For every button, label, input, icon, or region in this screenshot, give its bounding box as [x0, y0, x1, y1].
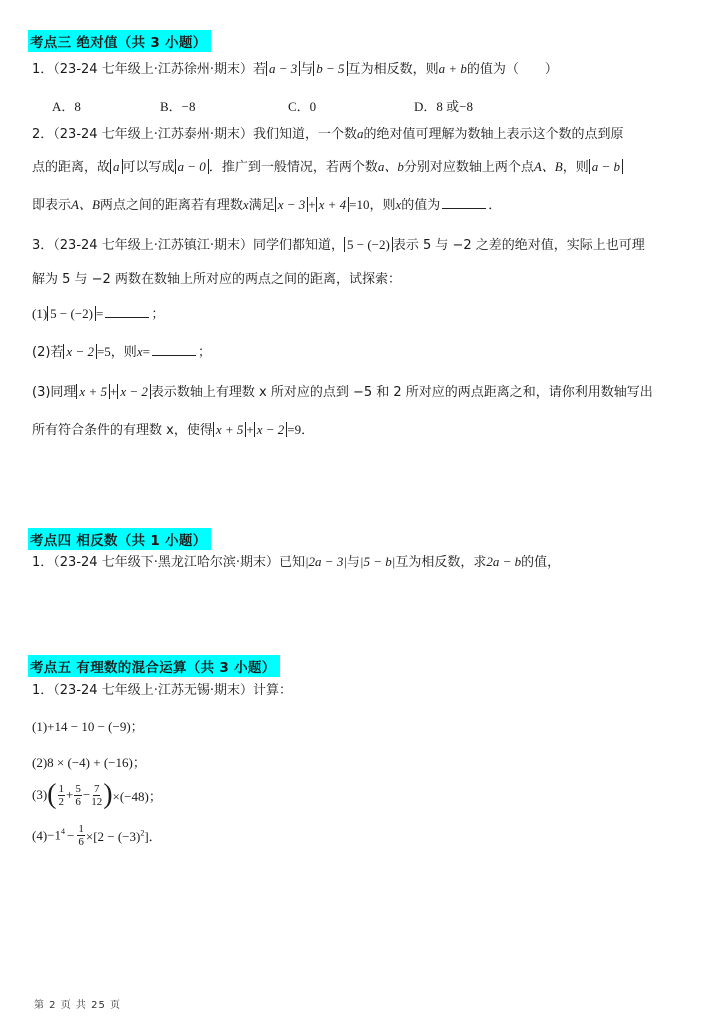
numerator: 5 [74, 783, 82, 796]
question-text: 满足 [249, 198, 275, 213]
fraction: 16 [77, 823, 85, 848]
math-term: −1 [47, 828, 61, 843]
math-expression: a − 3 [266, 61, 300, 76]
fraction: 12 [58, 783, 66, 808]
denominator: 6 [78, 836, 84, 848]
question-number: 1． [32, 683, 53, 698]
math-expression: ×(−48)； [113, 786, 162, 805]
math-term: ]． [144, 829, 161, 844]
left-paren: ( [47, 781, 56, 809]
question-source: （23-24 七年级上·江苏无锡·期末） [53, 683, 253, 698]
math-expression: |5 − b| [360, 554, 395, 569]
question-text: ，则 [563, 160, 589, 175]
question-text: 与 [347, 555, 360, 570]
question-text: 的值， [521, 555, 560, 570]
calc-part-1: (1)+14 − 10 − (−9)； [32, 716, 144, 735]
answer-blank[interactable] [105, 305, 149, 318]
question-3-1: 1．（23-24 七年级上·江苏徐州·期末）若a − 3与b − 5互为相反数，… [32, 60, 558, 79]
section-title-opposite-numbers: 考点四 相反数（共 1 小题） [28, 528, 211, 550]
sub-label: (2) [32, 755, 47, 770]
question-source: （23-24 七年级上·江苏徐州·期末） [53, 62, 253, 77]
question-5-1: 1．（23-24 七年级上·江苏无锡·期末）计算： [32, 682, 292, 700]
question-text: 的值为（ ） [467, 62, 558, 77]
question-text: 同学们都知道， [253, 238, 344, 253]
option-c[interactable]: C．0 [288, 96, 316, 115]
question-text: 可以写成 [123, 160, 175, 175]
question-3-2-line2: 点的距离，故a可以写成a − 0．推广到一般情况，若两个数a、b分别对应数轴上两… [32, 158, 623, 177]
math-variable: A、B [534, 159, 563, 174]
math-expression: a − 0 [175, 159, 209, 174]
math-expression: x − 3 [275, 197, 309, 212]
page-number-footer: 第 2 页 共 25 页 [34, 996, 121, 1011]
question-text: ； [198, 345, 211, 360]
question-text: =5，则 [97, 344, 137, 359]
sub-label: (3)同理 [32, 385, 76, 400]
question-number: 2． [32, 127, 53, 142]
question-3-3-sub1: (1)5 − (−2)=； [32, 305, 164, 324]
math-expression: x + 5 [213, 422, 247, 437]
numerator: 7 [93, 783, 101, 796]
math-term: ×[2 − (−3) [86, 829, 140, 844]
math-expression: +14 − 10 − (−9)； [47, 719, 144, 734]
question-3-3-sub3-line2: 所有符合条件的有理数 x，使得x + 5+x − 2=9． [32, 421, 314, 440]
question-text: 点的距离，故 [32, 160, 110, 175]
question-number: 1． [32, 62, 53, 77]
answer-blank[interactable] [152, 343, 196, 356]
math-variable: A、B [71, 197, 100, 212]
question-source: （23-24 七年级下·黑龙江哈尔滨·期末） [53, 555, 279, 570]
sub-label: (1) [32, 719, 47, 734]
question-text: 所有符合条件的有理数 x，使得 [32, 423, 213, 438]
fraction: 712 [91, 783, 102, 808]
math-expression: a + b [439, 61, 467, 76]
question-text: 表示 5 与 −2 之差的绝对值，实际上也可理 [393, 238, 645, 253]
option-b[interactable]: B．−8 [160, 96, 196, 115]
fraction: 56 [74, 783, 82, 808]
denominator: 12 [91, 796, 102, 808]
math-expression: 8 × (−4) + (−16)； [47, 755, 146, 770]
question-text: 表示数轴上有理数 x 所对应的点到 −5 和 2 所对应的两点距离之和，请你利用… [151, 385, 653, 400]
math-expression: ×[2 − (−3)2]． [86, 826, 162, 845]
question-number: 1． [32, 555, 53, 570]
sub-label: (3) [32, 787, 47, 803]
question-3-3-sub2: (2)若x − 2=5，则x=； [32, 343, 211, 362]
question-source: （23-24 七年级上·江苏镇江·期末） [53, 238, 253, 253]
denominator: 2 [59, 796, 65, 808]
math-expression: 5 − (−2) [344, 237, 393, 252]
question-text: =9． [287, 422, 314, 437]
math-expression: b − 5 [313, 61, 347, 76]
math-expression: 2a − b [486, 554, 521, 569]
question-text: 互为相反数，则 [348, 62, 439, 77]
question-text: ．推广到一般情况，若两个数 [209, 160, 378, 175]
question-text: 计算： [253, 683, 292, 698]
sub-label: (1) [32, 306, 47, 321]
calc-part-3: (3) ( 12 + 56 − 712 ) ×(−48)； [32, 781, 162, 809]
option-d[interactable]: D．8 或−8 [414, 96, 473, 115]
question-3-3-sub3-line1: (3)同理x + 5+x − 2表示数轴上有理数 x 所对应的点到 −5 和 2… [32, 383, 653, 402]
question-text: =10，则 [349, 197, 395, 212]
exponent: 4 [61, 827, 65, 836]
question-text: 分别对应数轴上两个点 [404, 160, 534, 175]
question-3-2-line3: 即表示A、B两点之间的距离若有理数x满足x − 3+x + 4=10，则x的值为… [32, 196, 501, 215]
right-paren: ) [103, 781, 112, 809]
question-3-3-line1: 3．（23-24 七年级上·江苏镇江·期末）同学们都知道，5 − (−2)表示 … [32, 236, 645, 255]
math-operator: + [66, 787, 73, 803]
question-text: 互为相反数，求 [395, 555, 486, 570]
math-expression: x + 5 [76, 384, 110, 399]
answer-blank[interactable] [442, 196, 486, 209]
math-expression: −14 [47, 827, 65, 843]
question-text: 与 [300, 62, 313, 77]
section-title-absolute-value: 考点三 绝对值（共 3 小题） [28, 30, 211, 52]
question-text: 已知 [279, 555, 305, 570]
question-text: 即表示 [32, 198, 71, 213]
option-a[interactable]: A．8 [52, 96, 81, 115]
question-3-2-line1: 2．（23-24 七年级上·江苏泰州·期末）我们知道，一个数a的绝对值可理解为数… [32, 125, 624, 144]
math-expression: x − 2 [117, 384, 151, 399]
question-source: （23-24 七年级上·江苏泰州·期末） [53, 127, 253, 142]
numerator: 1 [58, 783, 66, 796]
question-text: 两点之间的距离若有理数 [100, 198, 243, 213]
math-expression: x − 2 [254, 422, 288, 437]
question-text: 我们知道，一个数 [253, 127, 357, 142]
question-3-3-line2: 解为 5 与 −2 两数在数轴上所对应的两点之间的距离，试探索： [32, 271, 401, 289]
section-title-mixed-operations: 考点五 有理数的混合运算（共 3 小题） [28, 655, 280, 677]
math-operator: − [83, 787, 90, 803]
math-variable: a、b [378, 159, 404, 174]
sub-label: (4) [32, 828, 47, 844]
numerator: 1 [77, 823, 85, 836]
math-expression: a [110, 159, 123, 174]
calc-part-4: (4) −14 − 16 ×[2 − (−3)2]． [32, 823, 162, 848]
denominator: 6 [75, 796, 81, 808]
math-expression: a − b [589, 159, 623, 174]
calc-part-2: (2)8 × (−4) + (−16)； [32, 752, 146, 771]
math-expression: |2a − 3| [305, 554, 347, 569]
question-text: 的值为 [401, 198, 440, 213]
question-text: ； [151, 307, 164, 322]
math-expression: 5 − (−2) [47, 306, 96, 321]
math-operator: + [308, 197, 315, 212]
question-text: 的绝对值可理解为数轴上表示这个数的点到原 [363, 127, 623, 142]
math-expression: x + 4 [316, 197, 350, 212]
math-operator: = [96, 306, 103, 321]
math-operator: − [67, 828, 74, 844]
question-number: 3． [32, 238, 53, 253]
math-expression: x − 2 [63, 344, 97, 359]
question-text: 若 [253, 62, 266, 77]
question-text: ． [488, 198, 501, 213]
question-4-1: 1．（23-24 七年级下·黑龙江哈尔滨·期末）已知|2a − 3|与|5 − … [32, 553, 560, 572]
sub-label: (2)若 [32, 345, 63, 360]
math-operator: = [143, 344, 150, 359]
math-operator: + [246, 422, 253, 437]
